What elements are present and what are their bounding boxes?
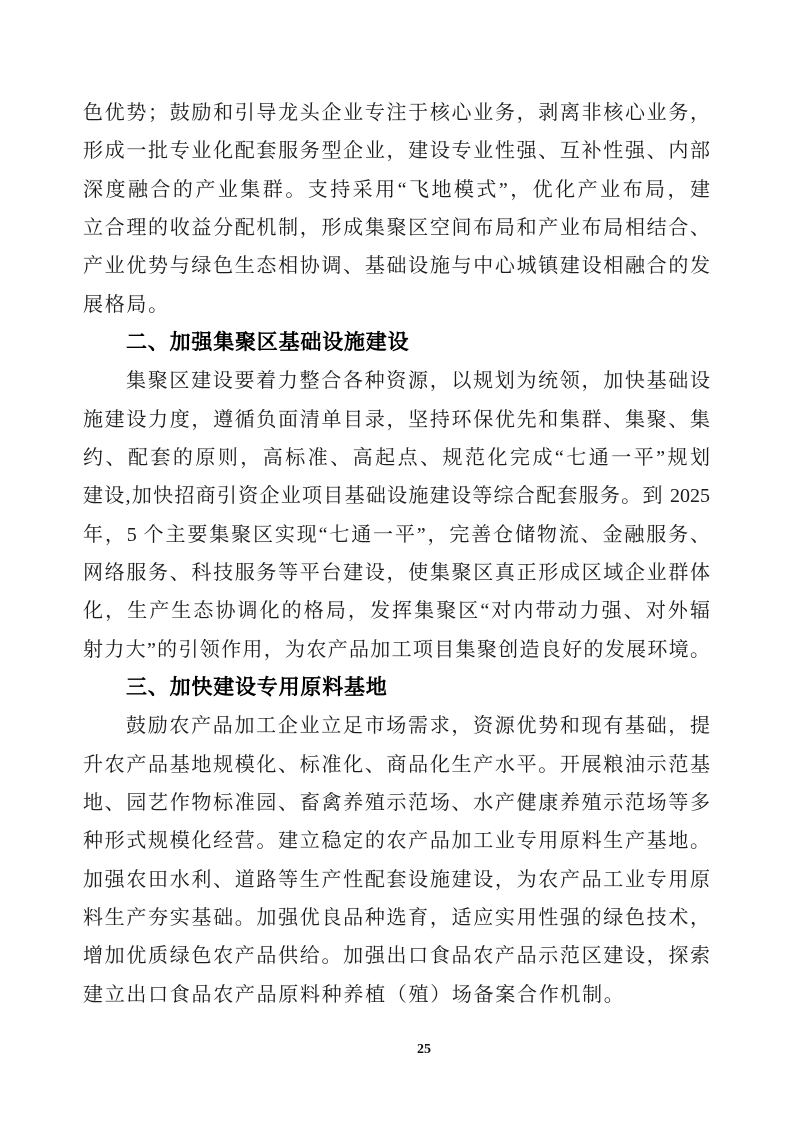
document-body: 色优势；鼓励和引导龙头企业专注于核心业务，剥离非核心业务，形成一批专业化配套服务… [83, 94, 710, 1014]
text-line: 深度融合的产业集群。支持采用“飞地模式”，优化产业布局，建 [83, 171, 710, 209]
text-line: 年，5 个主要集聚区实现“七通一平”，完善仓储物流、金融服务、 [83, 516, 710, 554]
text-line: 升农产品基地规模化、标准化、商品化生产水平。开展粮油示范基 [83, 746, 710, 784]
section-heading: 三、加快建设专用原料基地 [83, 669, 710, 707]
text-line: 鼓励农产品加工企业立足市场需求，资源优势和现有基础，提 [83, 707, 710, 745]
text-line: 立合理的收益分配机制，形成集聚区空间布局和产业布局相结合、 [83, 209, 710, 247]
text-line: 化，生产生态协调化的格局，发挥集聚区“对内带动力强、对外辐 [83, 592, 710, 630]
text-line: 展格局。 [83, 286, 710, 324]
text-line: 网络服务、科技服务等平台建设，使集聚区真正形成区域企业群体 [83, 554, 710, 592]
text-line: 建设,加快招商引资企业项目基础设施建设等综合配套服务。到 2025 [83, 477, 710, 515]
text-line: 种形式规模化经营。建立稳定的农产品加工业专用原料生产基地。 [83, 822, 710, 860]
text-line: 加强农田水利、道路等生产性配套设施建设，为农产品工业专用原 [83, 861, 710, 899]
text-line: 形成一批专业化配套服务型企业，建设专业性强、互补性强、内部 [83, 132, 710, 170]
text-line: 集聚区建设要着力整合各种资源，以规划为统领，加快基础设 [83, 362, 710, 400]
text-line: 产业优势与绿色生态相协调、基础设施与中心城镇建设相融合的发 [83, 247, 710, 285]
text-line: 增加优质绿色农产品供给。加强出口食品农产品示范区建设，探索 [83, 937, 710, 975]
text-line: 射力大”的引领作用，为农产品加工项目集聚创造良好的发展环境。 [83, 631, 710, 669]
text-line: 色优势；鼓励和引导龙头企业专注于核心业务，剥离非核心业务， [83, 94, 710, 132]
text-line: 建立出口食品农产品原料种养植（殖）场备案合作机制。 [83, 976, 710, 1014]
page-number: 25 [417, 1042, 431, 1057]
page-footer: 25 [417, 1040, 431, 1058]
section-heading: 二、加强集聚区基础设施建设 [83, 324, 710, 362]
text-line: 约、配套的原则，高标准、高起点、规范化完成“七通一平”规划 [83, 439, 710, 477]
text-line: 料生产夯实基础。加强优良品种选育，适应实用性强的绿色技术， [83, 899, 710, 937]
document-page: 色优势；鼓励和引导龙头企业专注于核心业务，剥离非核心业务，形成一批专业化配套服务… [0, 0, 793, 1122]
text-line: 施建设力度，遵循负面清单目录，坚持环保优先和集群、集聚、集 [83, 401, 710, 439]
text-line: 地、园艺作物标准园、畜禽养殖示范场、水产健康养殖示范场等多 [83, 784, 710, 822]
